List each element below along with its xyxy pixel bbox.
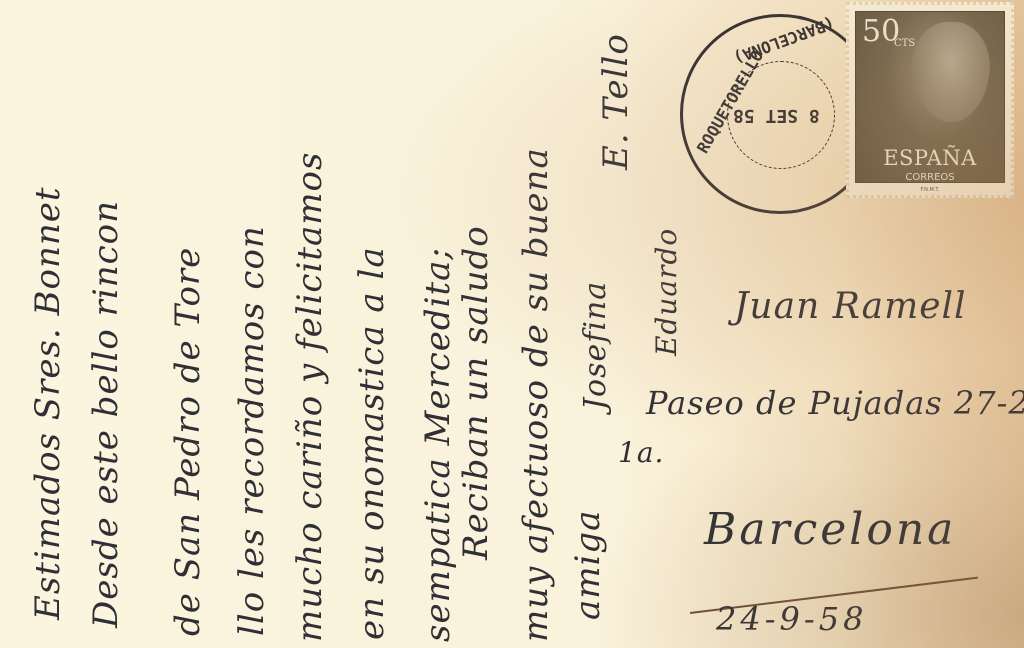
message-line: Reciban un saludo (456, 225, 496, 560)
recipient-floor: 1a. (618, 436, 664, 469)
recipient-name: Juan Ramell (734, 286, 967, 327)
message-line: llo les recordamos con (232, 225, 272, 636)
signature-tello: E. Tello (596, 33, 636, 170)
message-line: muy afectuoso de su buena (516, 147, 556, 642)
stamp-printer: F.N.M.T. (856, 187, 1004, 193)
message-line: amiga (568, 510, 608, 620)
stamp-country: ESPAÑA (856, 146, 1004, 170)
message-line: de San Pedro de Tore (168, 247, 208, 636)
message-line: Estimados Sres. Bonnet (28, 186, 68, 620)
recipient-city: Barcelona (704, 504, 956, 555)
message-line: en su onomastica a la (352, 246, 392, 640)
recipient-street: Paseo de Pujadas 27-2o (646, 384, 1024, 422)
message-line: sempatica Mercedita; (418, 247, 458, 642)
postmark-date: 8 SET 58 (733, 105, 820, 126)
signature-josefina: Josefina (578, 281, 613, 410)
stamp-image: 50 CTS ESPAÑA CORREOS F.N.M.T. (855, 11, 1005, 183)
date: 24-9-58 (716, 600, 867, 638)
postage-stamp: 50 CTS ESPAÑA CORREOS F.N.M.T. (846, 2, 1014, 198)
stamp-unit: CTS (894, 38, 915, 49)
message-line: Desde este bello rincon (86, 200, 126, 628)
postcard: Estimados Sres. Bonnet Desde este bello … (0, 0, 1024, 648)
portrait (912, 22, 990, 122)
stamp-service: CORREOS (856, 172, 1004, 183)
message-line: mucho cariño y felicitamos (290, 152, 330, 642)
signature-eduardo: Eduardo (650, 228, 683, 356)
